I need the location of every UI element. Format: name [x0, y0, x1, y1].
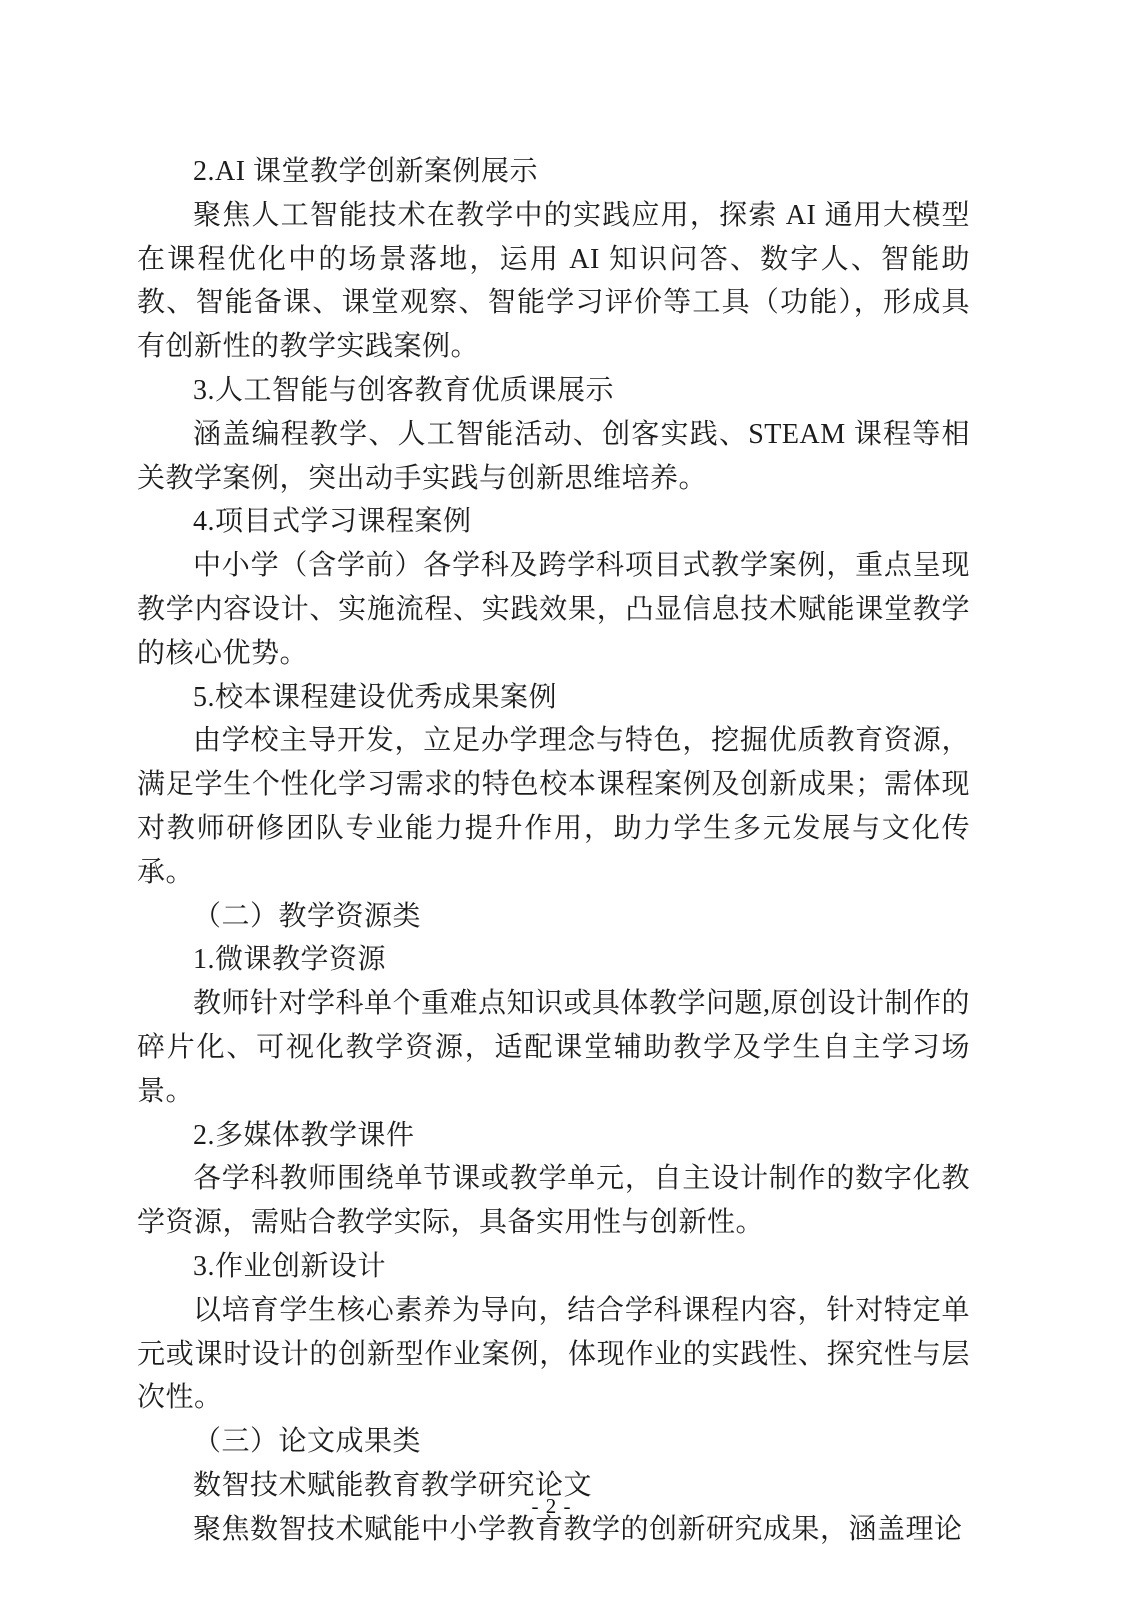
- paragraph-resource-1-body: 教师针对学科单个重难点知识或具体教学问题,原创设计制作的碎片化、可视化教学资源，…: [137, 982, 970, 1113]
- paragraph-item-4-body: 中小学（含学前）各学科及跨学科项目式教学案例，重点呈现教学内容设计、实施流程、实…: [137, 544, 970, 675]
- paragraph-item-3-heading: 3.人工智能与创客教育优质课展示: [137, 369, 970, 413]
- paragraph-section-3-heading: （三）论文成果类: [137, 1420, 970, 1464]
- paragraph-item-3-body: 涵盖编程教学、人工智能活动、创客实践、STEAM 课程等相关教学案例，突出动手实…: [137, 413, 970, 501]
- paragraph-item-2-body: 聚焦人工智能技术在教学中的实践应用，探索 AI 通用大模型在课程优化中的场景落地…: [137, 194, 970, 369]
- paragraph-item-5-body: 由学校主导开发，立足办学理念与特色，挖掘优质教育资源，满足学生个性化学习需求的特…: [137, 719, 970, 894]
- paragraph-resource-2-body: 各学科教师围绕单节课或教学单元，自主设计制作的数字化教学资源，需贴合教学实际，具…: [137, 1157, 970, 1245]
- paragraph-resource-2-heading: 2.多媒体教学课件: [137, 1114, 970, 1158]
- paragraph-item-5-heading: 5.校本课程建设优秀成果案例: [137, 676, 970, 720]
- paragraph-section-2-heading: （二）教学资源类: [137, 895, 970, 939]
- paragraph-resource-1-heading: 1.微课教学资源: [137, 938, 970, 982]
- paragraph-item-4-heading: 4.项目式学习课程案例: [137, 500, 970, 544]
- paragraph-resource-3-heading: 3.作业创新设计: [137, 1245, 970, 1289]
- paragraph-resource-3-body: 以培育学生核心素养为导向，结合学科课程内容，针对特定单元或课时设计的创新型作业案…: [137, 1289, 970, 1420]
- page-number: - 2 -: [0, 1494, 1103, 1519]
- document-page: 2.AI 课堂教学创新案例展示聚焦人工智能技术在教学中的实践应用，探索 AI 通…: [0, 0, 1131, 1600]
- document-body: 2.AI 课堂教学创新案例展示聚焦人工智能技术在教学中的实践应用，探索 AI 通…: [137, 150, 970, 1552]
- paragraph-item-2-heading: 2.AI 课堂教学创新案例展示: [137, 150, 970, 194]
